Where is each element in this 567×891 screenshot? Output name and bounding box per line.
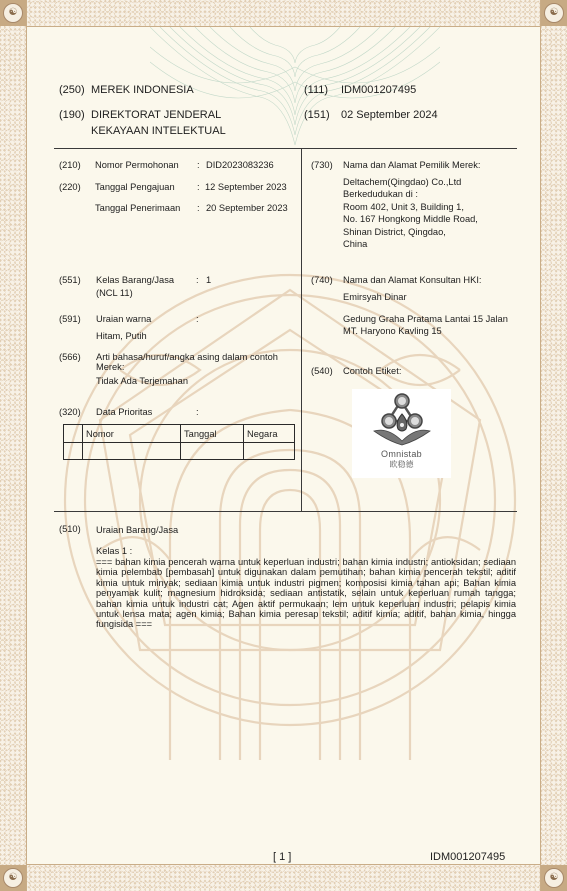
receipt-date-label: Tanggal Penerimaan bbox=[95, 203, 180, 214]
table-header-nomor: Nomor bbox=[83, 425, 181, 443]
separator: : bbox=[197, 182, 200, 193]
code-551: (551) bbox=[59, 275, 81, 286]
code-591: (591) bbox=[59, 314, 81, 325]
header-code-250: (250) bbox=[59, 84, 85, 97]
header-directorate-line1: DIREKTORAT JENDERAL bbox=[91, 109, 221, 122]
separator: : bbox=[196, 314, 199, 325]
separator: : bbox=[196, 275, 199, 286]
translation-label-line2: Merek: bbox=[96, 362, 124, 373]
filing-date-value: 12 September 2023 bbox=[205, 182, 287, 193]
translation-value: Tidak Ada Terjemahan bbox=[96, 376, 188, 387]
registration-date: 02 September 2024 bbox=[341, 109, 438, 122]
separator: : bbox=[197, 203, 200, 214]
separator: : bbox=[196, 407, 199, 418]
table-header-row: Nomor Tanggal Negara bbox=[64, 425, 295, 443]
owner-address-line1: Room 402, Unit 3, Building 1, bbox=[343, 202, 464, 213]
application-number-value: DID2023083236 bbox=[206, 160, 274, 171]
header-directorate-line2: KEKAYAAN INTELEKTUAL bbox=[91, 125, 226, 138]
goods-description: === bahan kimia pencerah warna untuk kep… bbox=[96, 557, 516, 630]
code-740: (740) bbox=[311, 275, 333, 286]
certificate-page: ☯ ☯ ☯ ☯ bbox=[0, 0, 567, 891]
consultant-address-line1: Gedung Graha Pratama Lantai 15 Jalan bbox=[343, 314, 508, 325]
table-header-cell bbox=[64, 425, 83, 443]
class-value: 1 bbox=[206, 275, 211, 286]
owner-address-line4: China bbox=[343, 239, 367, 250]
color-value: Hitam, Putih bbox=[96, 331, 147, 342]
application-number-label: Nomor Permohonan bbox=[95, 160, 179, 171]
owner-label: Nama dan Alamat Pemilik Merek: bbox=[343, 160, 480, 171]
top-divider bbox=[54, 148, 517, 149]
table-cell bbox=[64, 443, 83, 460]
label-sample-label: Contoh Etiket: bbox=[343, 366, 401, 377]
header-code-111: (111) bbox=[304, 84, 328, 97]
registration-number: IDM001207495 bbox=[341, 84, 416, 97]
table-cell bbox=[244, 443, 295, 460]
color-label: Uraian warna bbox=[96, 314, 151, 325]
brand-name-chinese: 欧稳德 bbox=[352, 459, 451, 470]
column-divider bbox=[301, 148, 302, 511]
header-title-merek-indonesia: MEREK INDONESIA bbox=[91, 84, 194, 97]
goods-label: Uraian Barang/Jasa bbox=[96, 525, 178, 536]
trademark-label-image: Omnistab 欧稳德 bbox=[352, 389, 451, 478]
brand-name-latin: Omnistab bbox=[352, 449, 451, 459]
table-cell bbox=[83, 443, 181, 460]
bottom-divider bbox=[54, 511, 517, 512]
code-510: (510) bbox=[59, 524, 81, 535]
code-320: (320) bbox=[59, 407, 81, 418]
owner-name: Deltachem(Qingdao) Co.,Ltd bbox=[343, 177, 461, 188]
code-730: (730) bbox=[311, 160, 333, 171]
certificate-content: (250) MEREK INDONESIA (190) DIREKTORAT J… bbox=[0, 0, 567, 891]
page-number: [ 1 ] bbox=[273, 851, 291, 864]
filing-date-label: Tanggal Pengajuan bbox=[95, 182, 175, 193]
code-540: (540) bbox=[311, 366, 333, 377]
code-210: (210) bbox=[59, 160, 81, 171]
goods-class-label: Kelas 1 : bbox=[96, 546, 132, 557]
consultant-label: Nama dan Alamat Konsultan HKI: bbox=[343, 275, 482, 286]
owner-address-line2: No. 167 Hongkong Middle Road, bbox=[343, 214, 478, 225]
consultant-address-line2: MT. Haryono Kavling 15 bbox=[343, 326, 442, 337]
separator: : bbox=[197, 160, 200, 171]
code-220: (220) bbox=[59, 182, 81, 193]
footer-document-id: IDM001207495 bbox=[430, 851, 505, 864]
class-ncl: (NCL 11) bbox=[96, 288, 133, 299]
receipt-date-value: 20 September 2023 bbox=[206, 203, 288, 214]
omnistab-logo-icon bbox=[352, 389, 451, 449]
table-row bbox=[64, 443, 295, 460]
table-cell bbox=[181, 443, 244, 460]
priority-table: Nomor Tanggal Negara bbox=[63, 424, 295, 460]
owner-address-line3: Shinan District, Qingdao, bbox=[343, 227, 446, 238]
owner-domicile-label: Berkedudukan di : bbox=[343, 189, 418, 200]
table-header-negara: Negara bbox=[244, 425, 295, 443]
header-code-151: (151) bbox=[304, 109, 330, 122]
class-label: Kelas Barang/Jasa bbox=[96, 275, 174, 286]
code-566: (566) bbox=[59, 352, 81, 363]
table-header-tanggal: Tanggal bbox=[181, 425, 244, 443]
consultant-name: Emirsyah Dinar bbox=[343, 292, 407, 303]
priority-label: Data Prioritas bbox=[96, 407, 152, 418]
header-code-190: (190) bbox=[59, 109, 85, 122]
